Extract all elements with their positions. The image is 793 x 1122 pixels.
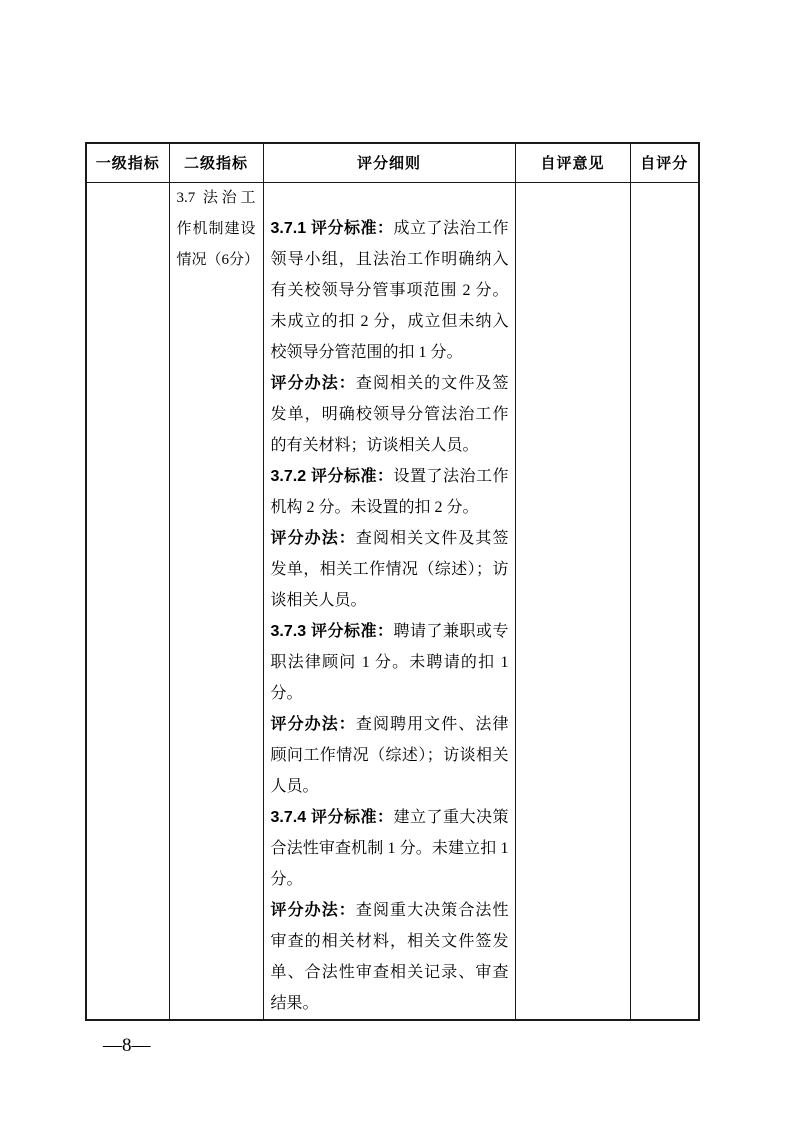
- detail-paragraph: 评分办法：查阅相关文件及其签发单，相关工作情况（综述）；访谈相关人员。: [271, 523, 509, 616]
- header-cell-self-opinion: 自评意见: [515, 143, 630, 182]
- header-cell-self-score: 自评分: [630, 143, 699, 182]
- detail-label: 3.7.4 评分标准：: [271, 809, 394, 826]
- table-header-row: 一级指标 二级指标 评分细则 自评意见 自评分: [86, 143, 699, 182]
- cell-self-opinion: [515, 182, 630, 1020]
- cell-level1-indicator: [86, 182, 169, 1020]
- level2-indicator-text: 3.7 法治工作机制建设情况（6分）: [177, 183, 256, 276]
- header-cell-level2-indicator: 二级指标: [169, 143, 263, 182]
- detail-paragraph: 3.7.2 评分标准：设置了法治工作机构 2 分。未设置的扣 2 分。: [271, 461, 509, 523]
- cell-level2-indicator: 3.7 法治工作机制建设情况（6分）: [169, 182, 263, 1020]
- detail-paragraph: 评分办法：查阅聘用文件、法律顾问工作情况（综述）；访谈相关人员。: [271, 709, 509, 802]
- detail-paragraph: 3.7.4 评分标准：建立了重大决策合法性审查机制 1 分。未建立扣 1 分。: [271, 802, 509, 895]
- detail-paragraph: 3.7.1 评分标准：成立了法治工作领导小组，且法治工作明确纳入有关校领导分管事…: [271, 213, 509, 368]
- page-number: —8—: [103, 1035, 151, 1057]
- detail-label: 3.7.3 评分标准：: [271, 623, 394, 640]
- cell-self-score: [630, 182, 699, 1020]
- detail-paragraph: 评分办法：查阅重大决策合法性审查的相关材料，相关文件签发单、合法性审查相关记录、…: [271, 895, 509, 1019]
- detail-text: 成立了法治工作领导小组，且法治工作明确纳入有关校领导分管事项范围 2 分。未成立…: [271, 220, 509, 361]
- detail-label: 评分办法：: [271, 902, 356, 919]
- detail-label: 评分办法：: [271, 530, 356, 547]
- detail-label: 评分办法：: [271, 375, 356, 392]
- cell-scoring-details: 3.7.1 评分标准：成立了法治工作领导小组，且法治工作明确纳入有关校领导分管事…: [263, 182, 515, 1020]
- table-body-row: 3.7 法治工作机制建设情况（6分） 3.7.1 评分标准：成立了法治工作领导小…: [86, 182, 699, 1020]
- detail-label: 3.7.1 评分标准：: [271, 220, 394, 237]
- header-cell-scoring-details: 评分细则: [263, 143, 515, 182]
- document-page: 一级指标 二级指标 评分细则 自评意见 自评分 3.7 法治工作机制建设情况（6…: [0, 0, 793, 1122]
- detail-paragraph: 3.7.3 评分标准：聘请了兼职或专职法律顾问 1 分。未聘请的扣 1 分。: [271, 616, 509, 709]
- header-cell-level1-indicator: 一级指标: [86, 143, 169, 182]
- detail-label: 3.7.2 评分标准：: [271, 468, 394, 485]
- detail-paragraph: 评分办法：查阅相关的文件及签发单，明确校领导分管法治工作的有关材料；访谈相关人员…: [271, 368, 509, 461]
- detail-label: 评分办法：: [271, 716, 356, 733]
- evaluation-table: 一级指标 二级指标 评分细则 自评意见 自评分 3.7 法治工作机制建设情况（6…: [85, 142, 700, 1021]
